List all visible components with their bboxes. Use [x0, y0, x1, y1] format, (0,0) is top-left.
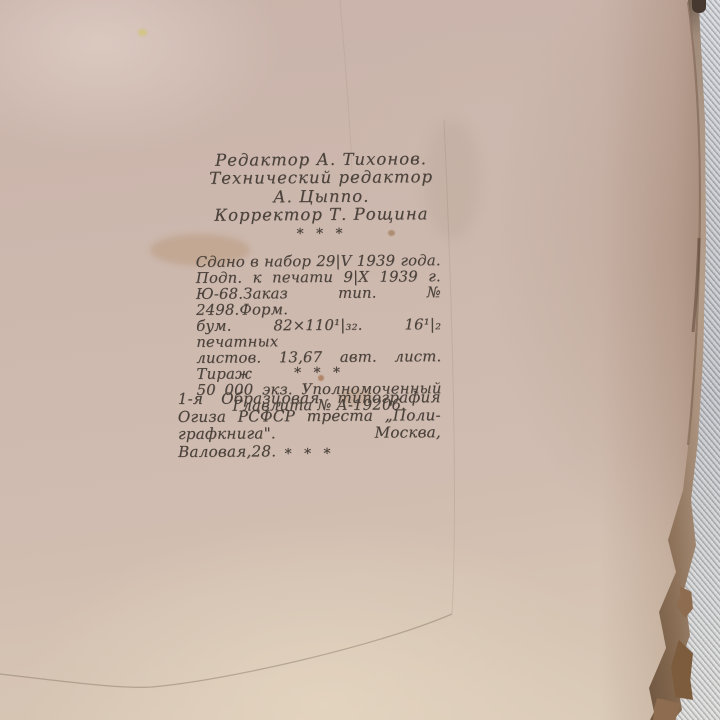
credit-line: Корректор Т. Рощина [197, 205, 445, 225]
imprint-line: бум. 82×110¹|₃₂. 16¹|₂ печатных [196, 317, 441, 351]
credit-line: Технический редактор [197, 169, 445, 189]
imprint-line: Ю-68.Заказ тип. № 2498.Форм. [196, 285, 441, 319]
editor-credits-block: Редактор А. Тихонов. Технический редакто… [197, 150, 446, 225]
book-colophon-photo: Редактор А. Тихонов. Технический редакто… [0, 0, 720, 720]
asterisk-separator: * * * [196, 364, 441, 382]
asterisk-separator: * * * [178, 445, 441, 463]
colophon-text: Редактор А. Тихонов. Технический редакто… [0, 0, 720, 720]
asterisk-separator: * * * [197, 225, 445, 243]
